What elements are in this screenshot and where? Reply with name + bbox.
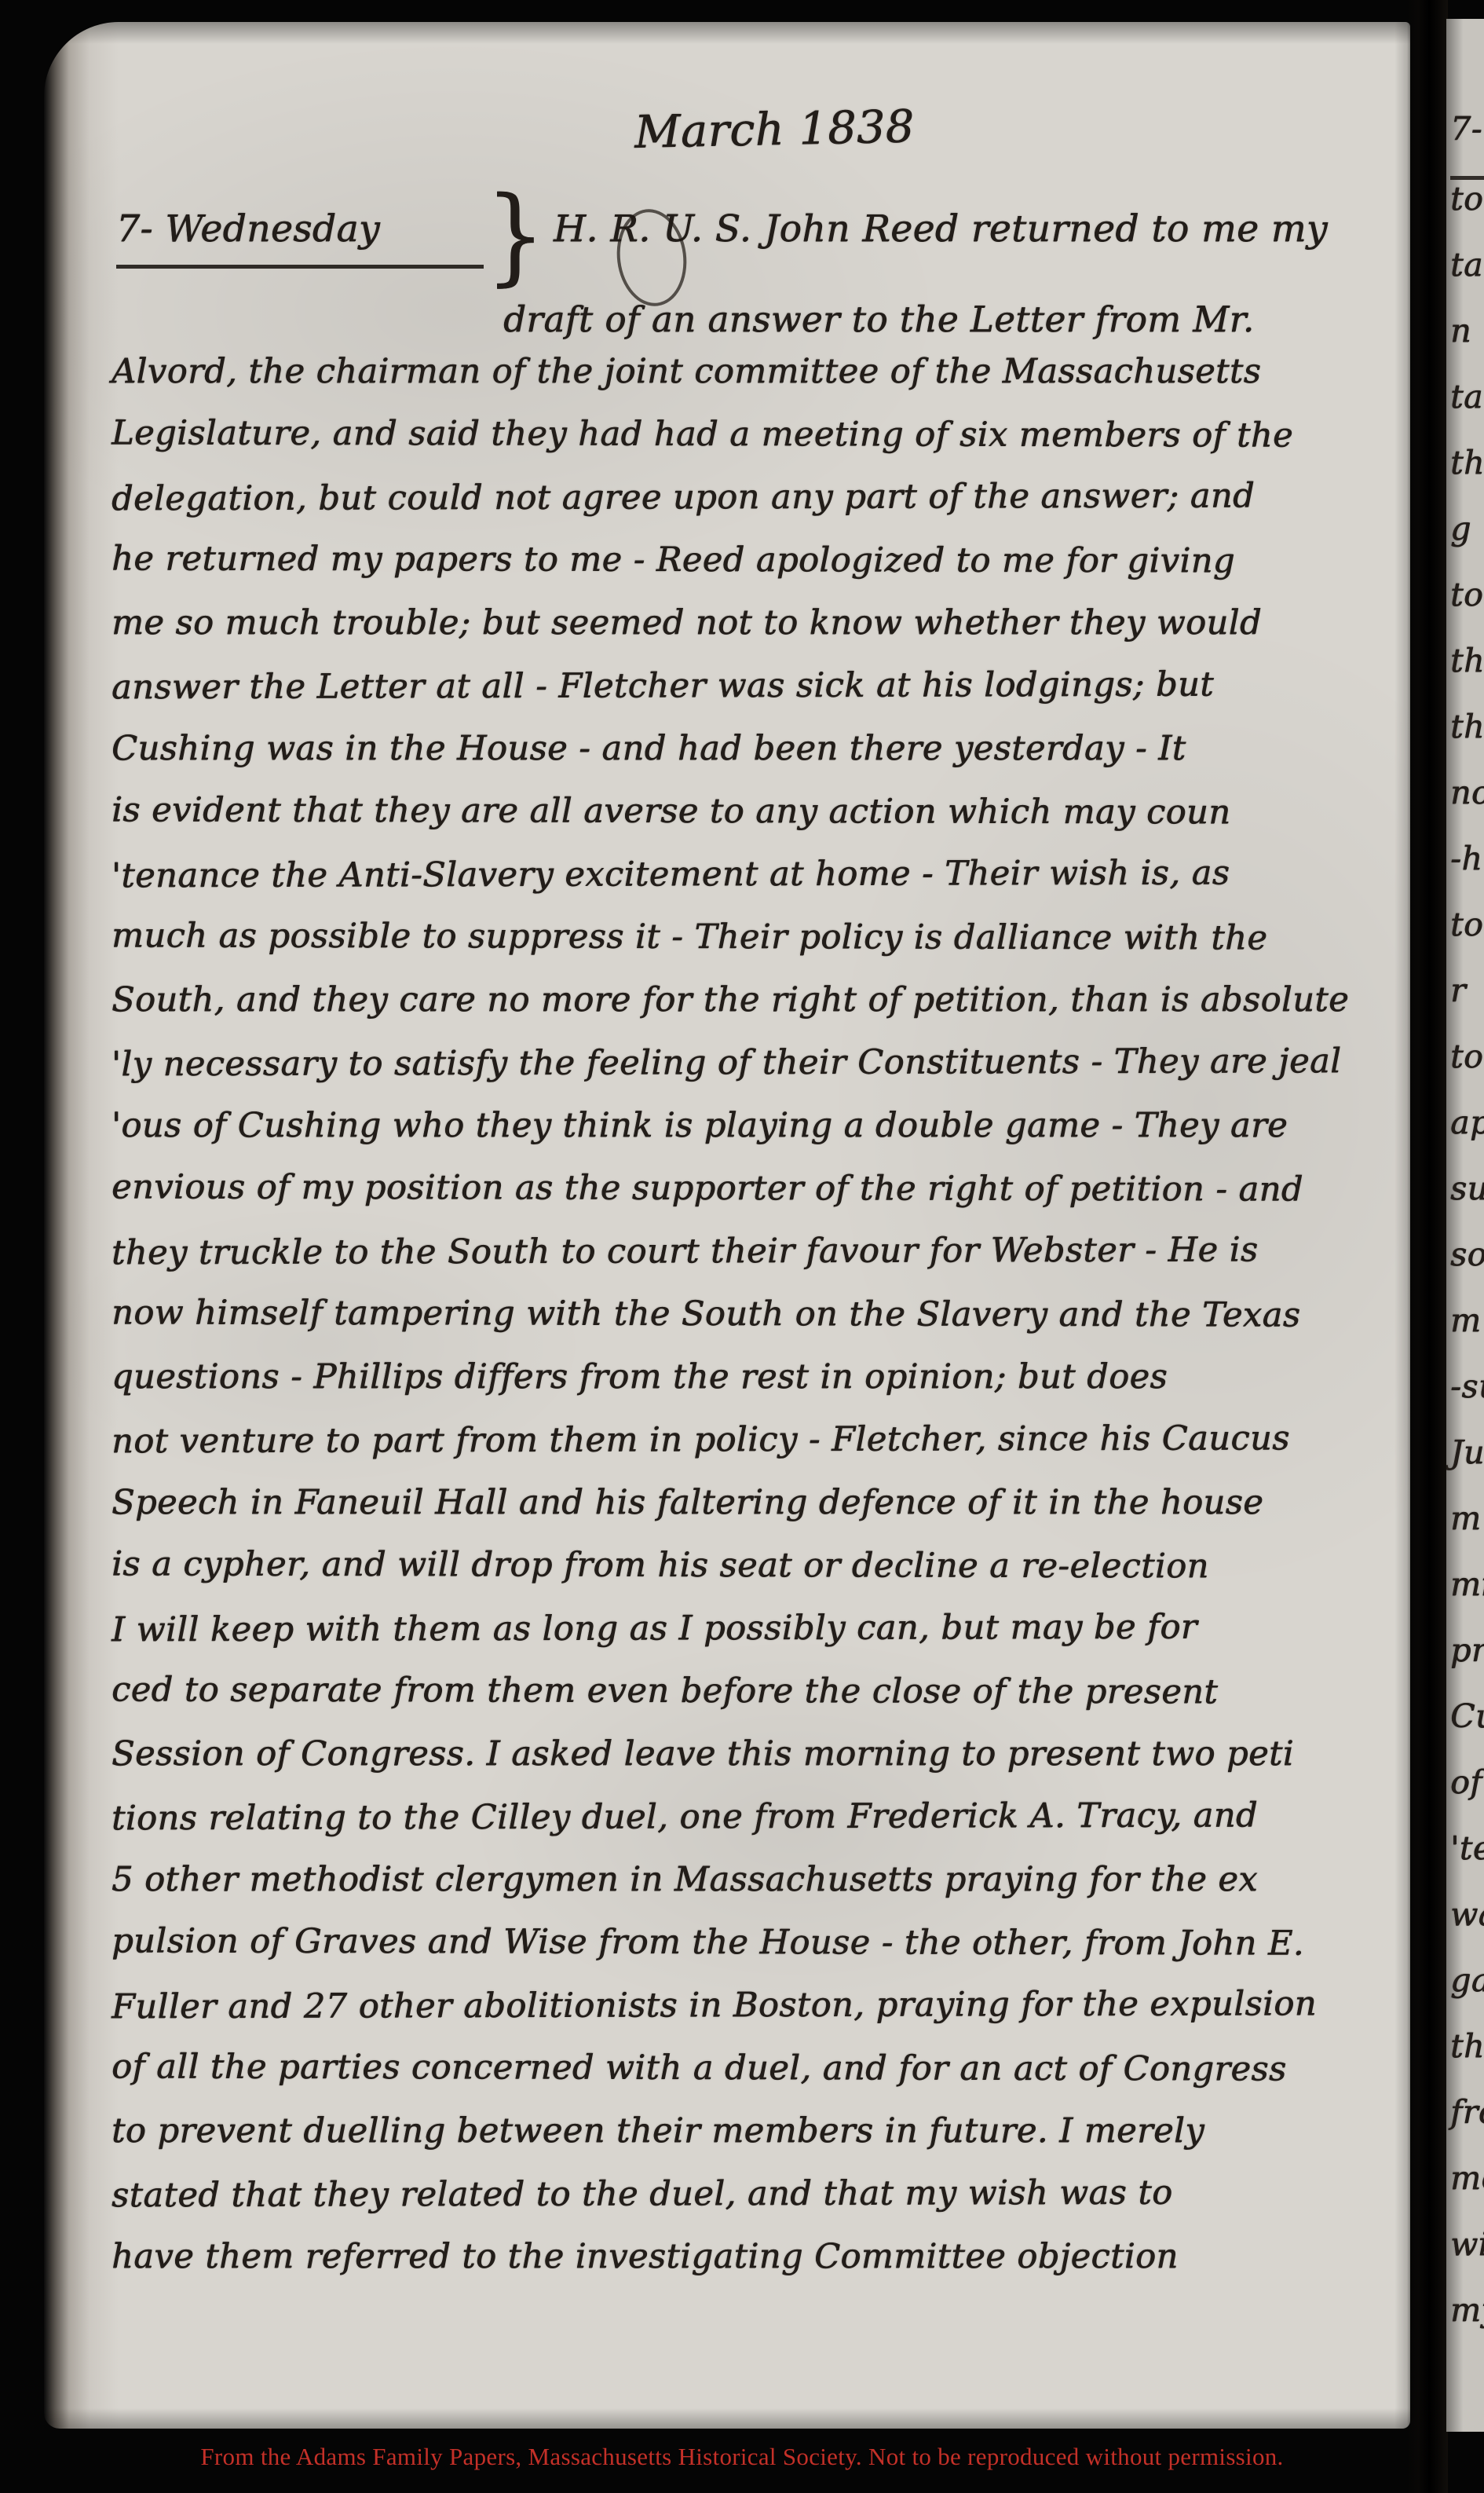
facing-page-line-fragment: so: [1450, 1236, 1484, 1301]
facing-page-line-fragment: th: [1450, 708, 1484, 774]
manuscript-line: envious of my position as the supporter …: [111, 1167, 1393, 1232]
manuscript-line: now himself tampering with the South on …: [111, 1293, 1393, 1358]
facing-page-line-fragment: ta: [1450, 246, 1484, 312]
manuscript-line: me so much trouble; but seemed not to kn…: [111, 603, 1393, 666]
facing-page-line-fragment: -su: [1450, 1367, 1484, 1433]
facing-page-lines: 7-totantathgtotththno-htortoapsusom-suJu…: [1446, 19, 1484, 2357]
manuscript-line: 'ous of Cushing who they think is playin…: [111, 1106, 1393, 1169]
manuscript-page: March 1838 7- Wednesday } H. R. U. S. Jo…: [44, 22, 1410, 2429]
manuscript-line: ced to separate from them even before th…: [111, 1670, 1393, 1735]
facing-page-line-fragment: to: [1450, 180, 1484, 246]
manuscript-line: is evident that they are all averse to a…: [111, 790, 1393, 855]
manuscript-line: Session of Congress. I asked leave this …: [111, 1734, 1393, 1797]
facing-page-line-fragment: Cus: [1450, 1697, 1484, 1763]
manuscript-line: 'ly necessary to satisfy the feeling of …: [111, 1041, 1393, 1107]
manuscript-line: they truckle to the South to court their…: [111, 1230, 1393, 1296]
manuscript-line: is a cypher, and will drop from his seat…: [111, 1544, 1393, 1609]
facing-page-line-fragment: r: [1450, 972, 1484, 1038]
facing-page-line-fragment: Ju: [1450, 1433, 1484, 1499]
facing-page-line-fragment: from: [1450, 2093, 1484, 2159]
facing-page-line-fragment: mi: [1450, 1565, 1484, 1631]
facing-page-line-fragment: tot: [1450, 576, 1484, 642]
facing-page-line-fragment: me: [1450, 2159, 1484, 2225]
facing-page-line-fragment: tha: [1450, 2027, 1484, 2093]
archive-credit: From the Adams Family Papers, Massachuse…: [0, 2443, 1484, 2471]
facing-page-line-fragment: m: [1450, 1499, 1484, 1565]
manuscript-line: Legislature, and said they had had a mee…: [111, 413, 1393, 478]
photo-background: March 1838 7- Wednesday } H. R. U. S. Jo…: [0, 0, 1484, 2493]
facing-page-line-fragment: ta: [1450, 378, 1484, 444]
facing-page-line-fragment: ga: [1450, 1961, 1484, 2027]
page-gutter: [1407, 0, 1448, 2493]
brace-mark: }: [485, 207, 546, 265]
facing-page-line-fragment: 'tee: [1450, 1829, 1484, 1895]
manuscript-line: much as possible to suppress it - Their …: [111, 916, 1393, 981]
facing-page-line-fragment: ap: [1450, 1104, 1484, 1170]
manuscript-line: not venture to part from them in policy …: [111, 1419, 1393, 1484]
manuscript-line: South, and they care no more for the rig…: [111, 980, 1393, 1043]
facing-page-line-fragment: th: [1450, 444, 1484, 510]
facing-page-line-fragment: g: [1450, 510, 1484, 576]
manuscript-line: to prevent duelling between their member…: [111, 2111, 1393, 2174]
facing-page-line-fragment: m: [1450, 1301, 1484, 1367]
manuscript-line: questions - Phillips differs from the re…: [111, 1357, 1393, 1420]
manuscript-line: I will keep with them as long as I possi…: [111, 1607, 1393, 1673]
manuscript-line: he returned my papers to me - Reed apolo…: [111, 539, 1393, 604]
facing-page-line-fragment: pro: [1450, 1631, 1484, 1697]
facing-page-line-fragment: -h: [1450, 840, 1484, 906]
facing-page-line-fragment: th: [1450, 642, 1484, 708]
facing-page-line-fragment: wa: [1450, 1895, 1484, 1961]
facing-page-line-fragment: my: [1450, 2291, 1484, 2357]
entry-date: 7- Wednesday: [116, 207, 484, 269]
entry-first-line: 7- Wednesday } H. R. U. S. John Reed ret…: [116, 207, 1328, 269]
month-year-heading: March 1838: [634, 101, 915, 158]
manuscript-line: stated that they related to the duel, an…: [111, 2173, 1393, 2239]
facing-page-line-fragment: to: [1450, 906, 1484, 972]
facing-page-edge: 7-totantathgtotththno-htortoapsusom-suJu…: [1446, 19, 1484, 2432]
manuscript-line: Fuller and 27 other abolitionists in Bos…: [111, 1984, 1393, 2050]
manuscript-line: 'tenance the Anti-Slavery excitement at …: [111, 853, 1393, 919]
manuscript-line: Speech in Faneuil Hall and his faltering…: [111, 1483, 1393, 1546]
facing-page-line-fragment: of a: [1450, 1763, 1484, 1829]
manuscript-line: pulsion of Graves and Wise from the Hous…: [111, 1921, 1393, 1986]
facing-page-line-fragment: wish: [1450, 2225, 1484, 2291]
facing-page-line-fragment: 7-: [1450, 110, 1484, 180]
facing-page-line-fragment: n: [1450, 312, 1484, 378]
manuscript-line: answer the Letter at all - Fletcher was …: [111, 664, 1393, 730]
manuscript-line: Alvord, the chairman of the joint commit…: [111, 352, 1393, 415]
manuscript-line: delegation, but could not agree upon any…: [111, 476, 1393, 542]
manuscript-line: tions relating to the Cilley duel, one f…: [111, 1796, 1393, 1862]
entry-first-line-text: John Reed returned to me my: [764, 207, 1328, 251]
manuscript-line: 5 other methodist clergymen in Massachus…: [111, 1860, 1393, 1923]
manuscript-line: of all the parties concerned with a duel…: [111, 2047, 1393, 2112]
facing-page-line-fragment: to: [1450, 1038, 1484, 1104]
entry-body: Alvord, the chairman of the joint commit…: [111, 352, 1393, 2300]
manuscript-line: have them referred to the investigating …: [111, 2237, 1393, 2300]
manuscript-line: Cushing was in the House - and had been …: [111, 729, 1393, 792]
facing-page-line-fragment: su: [1450, 1170, 1484, 1236]
entry-second-line: draft of an answer to the Letter from Mr…: [503, 298, 1255, 340]
facing-page-line-fragment: no: [1450, 774, 1484, 840]
